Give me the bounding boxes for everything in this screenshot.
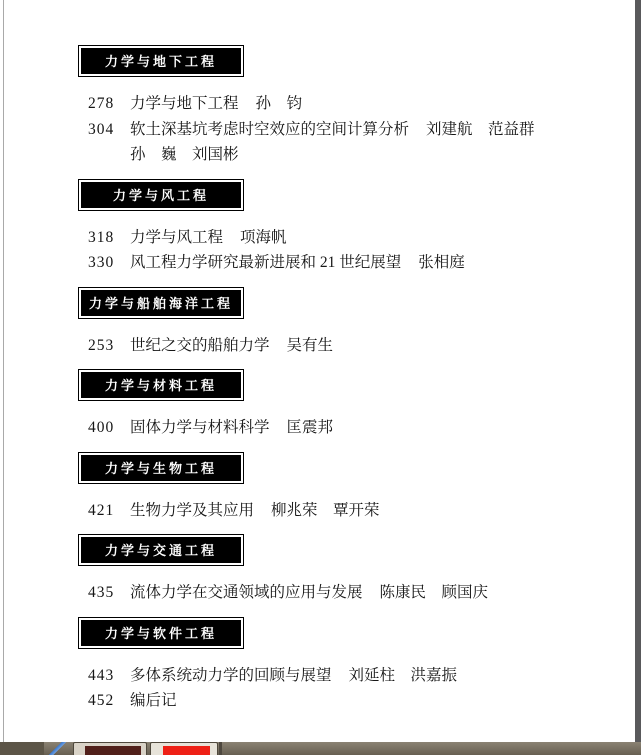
section-header-wind: 力学与风工程 — [78, 179, 244, 211]
section-header-transport: 力学与交通工程 — [78, 534, 244, 566]
section-header-bio: 力学与生物工程 — [78, 452, 244, 484]
page-number: 318 — [88, 225, 130, 251]
entry-title: 固体力学与材料科学 — [130, 419, 270, 436]
entry-title: 风工程力学研究最新进展和 21 世纪展望 — [130, 254, 401, 271]
page-left-border — [3, 0, 4, 742]
section-header-label: 力学与生物工程 — [81, 455, 241, 481]
section-header-label: 力学与交通工程 — [81, 537, 241, 563]
pen-icon — [48, 742, 68, 755]
toc-entry: 443多体系统动力学的回顾与展望刘延柱 洪嘉振 — [88, 663, 556, 689]
taskbar-separator — [219, 742, 222, 755]
toc-entry: 278力学与地下工程孙 钧 — [88, 91, 556, 117]
page-number: 330 — [88, 250, 130, 276]
window-right-edge — [635, 0, 641, 742]
toc-entry: 253世纪之交的船舶力学吴有生 — [88, 333, 556, 359]
taskbar-app-button-2[interactable] — [150, 742, 218, 755]
toc-entry: 330风工程力学研究最新进展和 21 世纪展望张相庭 — [88, 250, 556, 276]
page-number: 421 — [88, 498, 130, 524]
toc-entry: 421生物力学及其应用柳兆荣 覃开荣 — [88, 498, 556, 524]
toc-page: 力学与地下工程 278力学与地下工程孙 钧 304软土深基坑考虑时空效应的空间计… — [78, 36, 556, 714]
toc-entry: 435流体力学在交通领域的应用与发展陈康民 顾国庆 — [88, 580, 556, 606]
page-number: 253 — [88, 333, 130, 359]
entry-title: 编后记 — [130, 692, 177, 709]
entry-authors: 刘延柱 洪嘉振 — [349, 667, 458, 684]
taskbar-left-segment — [0, 742, 44, 755]
toc-entry: 400固体力学与材料科学匡震邦 — [88, 415, 556, 441]
entry-authors: 项海帆 — [240, 229, 287, 246]
entry-authors: 陈康民 顾国庆 — [380, 584, 489, 601]
section-header-software: 力学与软件工程 — [78, 617, 244, 649]
section-header-materials: 力学与材料工程 — [78, 369, 244, 401]
toc-entry: 452编后记 — [88, 688, 556, 714]
page-number: 443 — [88, 663, 130, 689]
section-header-label: 力学与地下工程 — [81, 48, 241, 74]
app-thumbnail-red-icon — [163, 746, 210, 755]
toc-entry: 318力学与风工程项海帆 — [88, 225, 556, 251]
app-thumbnail-dark-red-icon — [85, 746, 141, 755]
section-header-underground: 力学与地下工程 — [78, 45, 244, 77]
entry-title: 力学与地下工程 — [130, 95, 239, 112]
entry-title: 生物力学及其应用 — [130, 502, 254, 519]
section-header-label: 力学与船舶海洋工程 — [81, 290, 241, 316]
page-number: 400 — [88, 415, 130, 441]
page-number: 278 — [88, 91, 130, 117]
entry-authors: 吴有生 — [287, 337, 334, 354]
page-number: 452 — [88, 688, 130, 714]
section-header-ship-ocean: 力学与船舶海洋工程 — [78, 287, 244, 319]
entry-title: 世纪之交的船舶力学 — [130, 337, 270, 354]
taskbar-app-button-1[interactable] — [73, 742, 147, 755]
section-header-label: 力学与材料工程 — [81, 372, 241, 398]
entry-authors: 柳兆荣 覃开荣 — [271, 502, 380, 519]
entry-authors: 张相庭 — [418, 254, 465, 271]
toc-entry: 304软土深基坑考虑时空效应的空间计算分析刘建航 范益群 孙 巍 刘国彬 — [88, 117, 556, 168]
entry-title: 多体系统动力学的回顾与展望 — [130, 667, 332, 684]
taskbar — [0, 742, 641, 755]
section-header-label: 力学与软件工程 — [81, 620, 241, 646]
entry-title: 流体力学在交通领域的应用与发展 — [130, 584, 363, 601]
page-number: 435 — [88, 580, 130, 606]
section-header-label: 力学与风工程 — [81, 182, 241, 208]
entry-title: 力学与风工程 — [130, 229, 223, 246]
entry-title: 软土深基坑考虑时空效应的空间计算分析 — [130, 121, 409, 138]
entry-authors: 孙 钧 — [256, 95, 303, 112]
page-number: 304 — [88, 117, 130, 143]
entry-authors: 匡震邦 — [287, 419, 334, 436]
